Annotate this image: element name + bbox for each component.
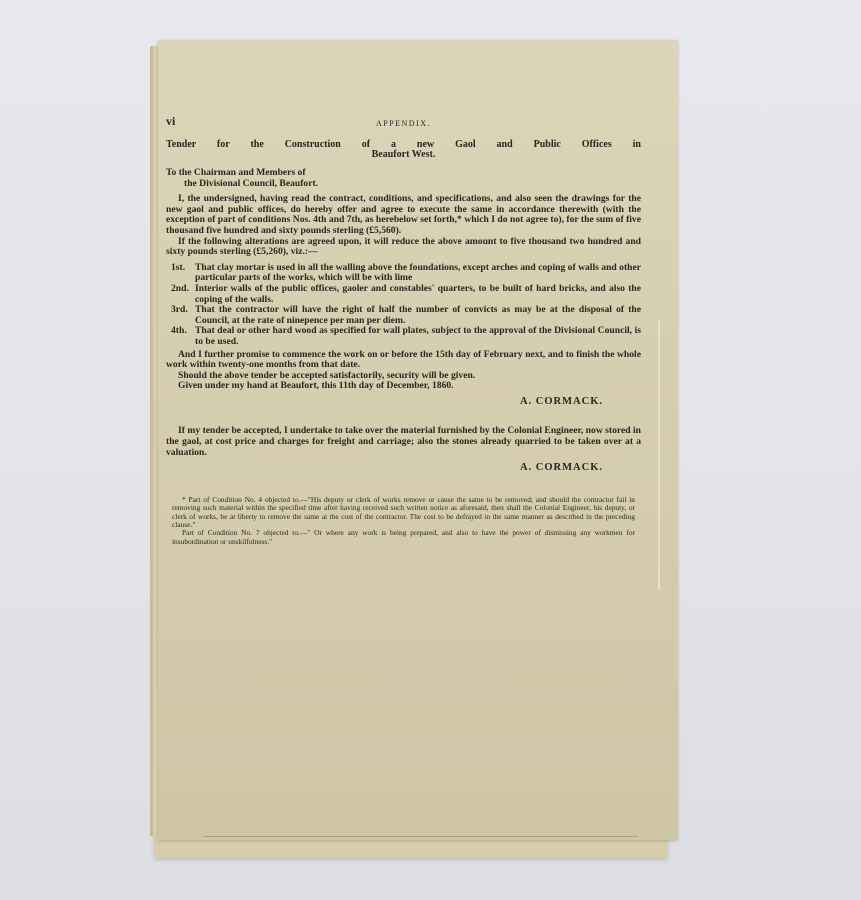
dated-paragraph: Given under my hand at Beaufort, this 11… <box>166 381 641 392</box>
document-title: Tender for the Construction of a new Gao… <box>166 140 641 160</box>
materials-paragraph: If my tender be accepted, I undertake to… <box>166 426 641 458</box>
alteration-text: That deal or other hard wood as specifie… <box>195 326 641 347</box>
footnote-condition-4: * Part of Condition No. 4 objected to.—"… <box>172 496 635 530</box>
signature: A. CORMACK. <box>166 397 641 408</box>
page-header: vi APPENDIX. <box>166 116 641 130</box>
footnotes: * Part of Condition No. 4 objected to.—"… <box>166 496 641 546</box>
alterations-list: 1st. That clay mortar is used in all the… <box>166 263 641 348</box>
spacer <box>166 412 641 426</box>
alteration-item: 3rd. That the contractor will have the r… <box>166 305 641 326</box>
alterations-intro-paragraph: If the following alterations are agreed … <box>166 237 641 258</box>
alteration-number: 4th. <box>166 326 195 347</box>
commencement-paragraph: And I further promise to commence the wo… <box>166 350 641 371</box>
alteration-text: That the contractor will have the right … <box>195 305 641 326</box>
alteration-number: 2nd. <box>166 284 195 305</box>
addressee-line-1: To the Chairman and Members of <box>166 167 306 178</box>
alteration-number: 1st. <box>166 263 195 284</box>
tender-offer-paragraph: I, the undersigned, having read the cont… <box>166 194 641 236</box>
addressee: To the Chairman and Members of the Divis… <box>166 168 641 189</box>
alteration-item: 2nd. Interior walls of the public office… <box>166 284 641 305</box>
fold-line <box>203 836 638 837</box>
running-head: APPENDIX. <box>166 119 641 130</box>
footnote-condition-7: Part of Condition No. 7 objected to.—" O… <box>172 529 635 546</box>
alteration-text: Interior walls of the public offices, ga… <box>195 284 641 305</box>
alteration-number: 3rd. <box>166 305 195 326</box>
addressee-line-2: the Divisional Council, Beaufort. <box>166 179 641 190</box>
page-content: vi APPENDIX. Tender for the Construction… <box>166 116 641 546</box>
title-line-2: Beaufort West. <box>372 149 436 160</box>
alteration-item: 4th. That deal or other hard wood as spe… <box>166 326 641 347</box>
signature: A. CORMACK. <box>166 463 641 474</box>
alteration-item: 1st. That clay mortar is used in all the… <box>166 263 641 284</box>
alteration-text: That clay mortar is used in all the wall… <box>195 263 641 284</box>
page-crease <box>658 320 660 590</box>
